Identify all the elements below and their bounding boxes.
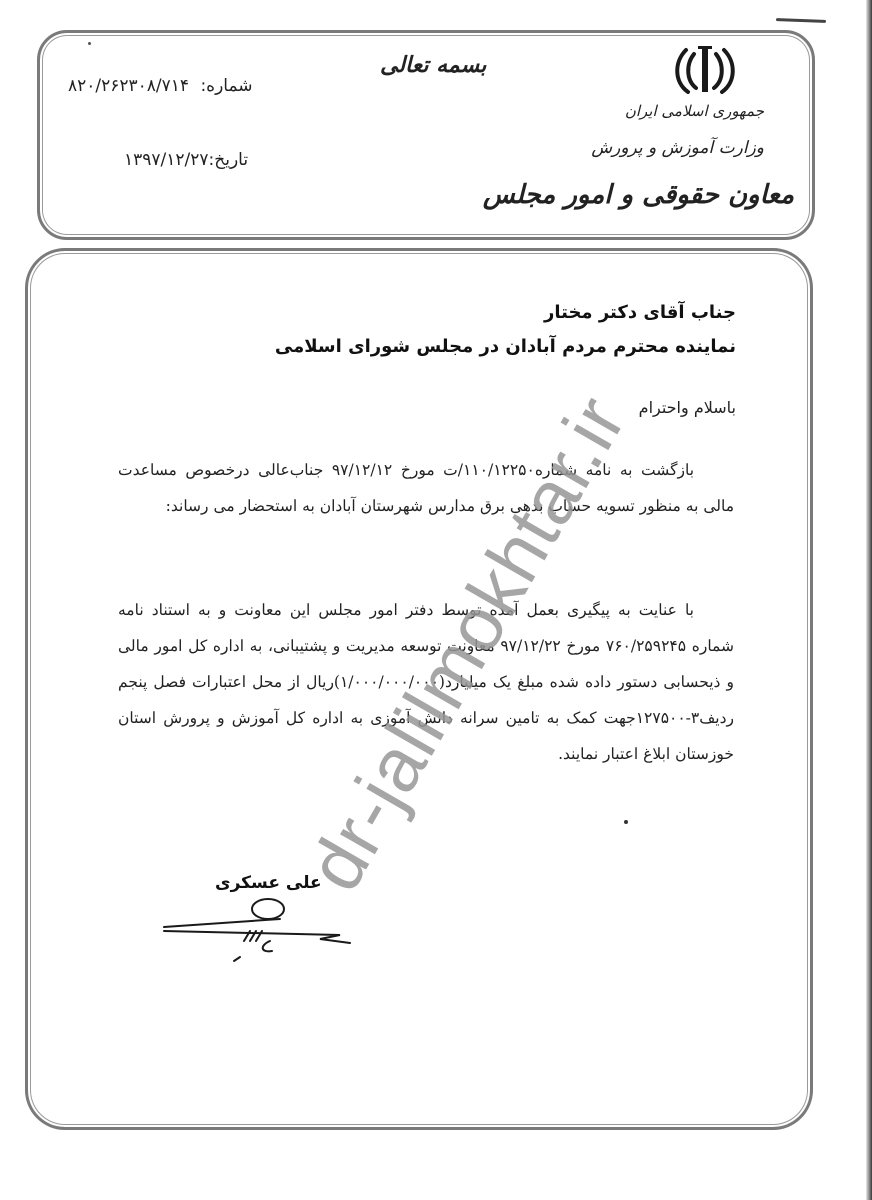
- iran-emblem-icon: [672, 44, 738, 96]
- letter-date-label: تاریخ:: [209, 150, 249, 170]
- signature-icon: [160, 895, 360, 965]
- paragraph-decision: با عنایت به پیگیری بعمل آمده توسط دفتر ا…: [118, 592, 734, 772]
- greeting: باسلام واحترام: [639, 398, 736, 417]
- signer-name: علی عسکری: [215, 873, 322, 893]
- addressee-title: نماینده محترم مردم آبادان در مجلس شورای …: [275, 336, 736, 357]
- basmala-heading: بسمه تعالی: [380, 52, 486, 78]
- addressee-name: جناب آقای دکتر مختار: [544, 302, 736, 323]
- org-country: جمهوری اسلامی ایران: [625, 102, 764, 120]
- stray-mark: [88, 42, 91, 45]
- stray-mark: [624, 820, 628, 824]
- org-ministry: وزارت آموزش و پرورش: [591, 138, 764, 158]
- letter-number-value: ۸۲۰/۲۶۲۳۰۸/۷۱۴: [68, 76, 189, 96]
- letter-number: شماره: ۸۲۰/۲۶۲۳۰۸/۷۱۴: [68, 76, 253, 96]
- scanned-page-edge: [866, 0, 872, 1200]
- org-department: معاون حقوقی و امور مجلس: [483, 180, 794, 210]
- letter-date: تاریخ:۱۳۹۷/۱۲/۲۷: [124, 150, 248, 170]
- paragraph-reference: بازگشت به نامه شماره۱۱۰/۱۲۲۵۰/ت مورخ ۹۷/…: [118, 452, 734, 524]
- scan-corner-mark: [776, 18, 826, 23]
- letter-date-value: ۱۳۹۷/۱۲/۲۷: [124, 150, 209, 170]
- letter-number-label: شماره:: [200, 76, 252, 96]
